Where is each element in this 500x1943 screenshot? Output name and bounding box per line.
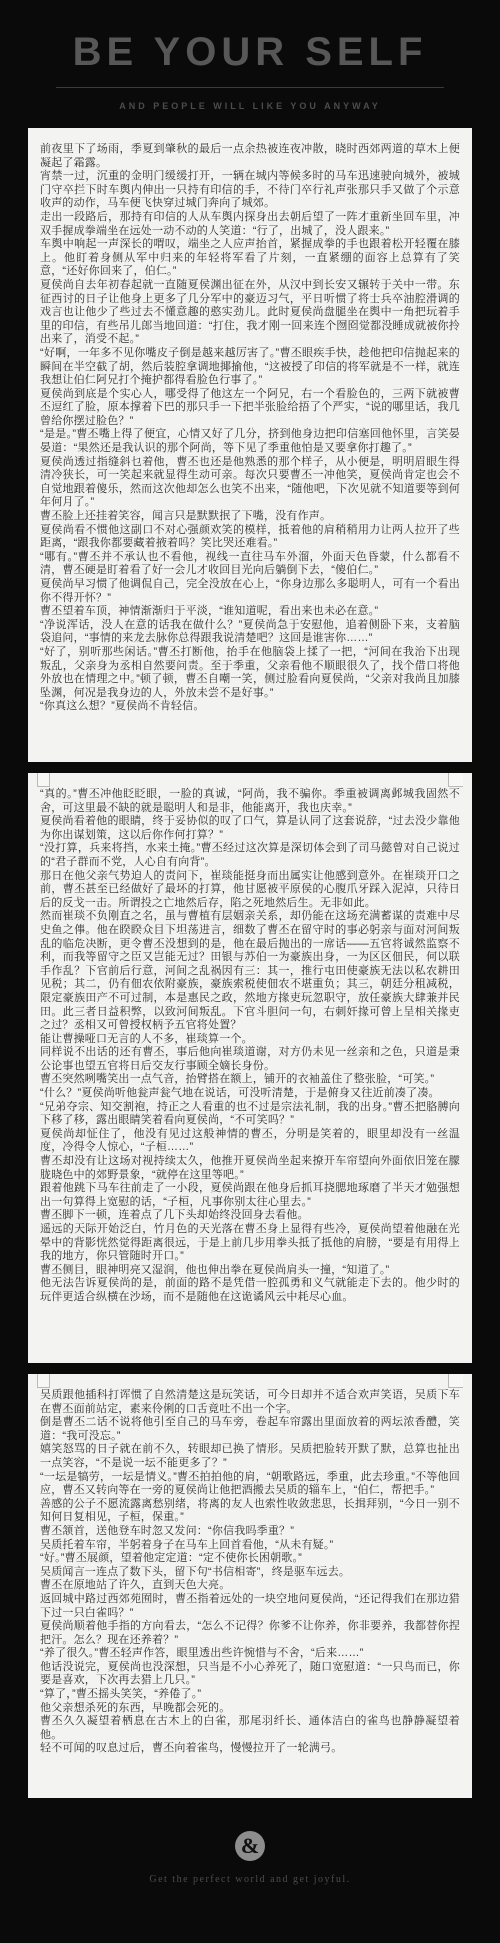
stitch-mark-corner-icon — [448, 1374, 463, 1388]
stitch-mark-corner-icon — [448, 773, 463, 787]
page-1-text: 前夜里下了场雨，季夏到肇秋的最后一点余热被连夜冲散，晓时西郊两道的草木上便凝起了… — [40, 143, 460, 714]
footer-tagline: Get the perfect world and get joyful. — [0, 1874, 500, 1885]
header-divider — [56, 87, 444, 88]
stitch-mark-square-icon — [37, 1374, 50, 1388]
header: BE YOUR SELF AND PEOPLE WILL LIKE YOU AN… — [0, 0, 500, 111]
page-title: BE YOUR SELF — [0, 26, 500, 78]
story-page-3: 吴质跟他插科打诨惯了自然清楚这是玩笑话，可今日却并不适合欢声笑语，吴质下车在曹丕… — [28, 1374, 472, 1798]
ampersand-badge-icon: & — [235, 1831, 265, 1861]
stitch-mark-square-icon — [37, 773, 50, 787]
page-2-text: “真的。”曹丕冲他眨眨眼，一脸的真诚，“阿尚，我不骗你。季重被调离邺城我固然不舍… — [40, 788, 460, 1305]
header-subtitle: AND PEOPLE WILL LIKE YOU ANYWAY — [0, 101, 500, 111]
page-3-text: 吴质跟他插科打诨惯了自然清楚这是玩笑话，可今日却并不适合欢声笑语，吴质下车在曹丕… — [40, 1389, 460, 1756]
story-pages: 前夜里下了场雨，季夏到肇秋的最后一点余热被连夜冲散，晓时西郊两道的草木上便凝起了… — [0, 128, 500, 1798]
footer: & Get the perfect world and get joyful. — [0, 1831, 500, 1885]
footer-ampersand: & — [241, 1831, 259, 1861]
story-page-2: “真的。”曹丕冲他眨眨眼，一脸的真诚，“阿尚，我不骗你。季重被调离邺城我固然不舍… — [28, 773, 472, 1363]
story-page-1: 前夜里下了场雨，季夏到肇秋的最后一点余热被连夜冲散，晓时西郊两道的草木上便凝起了… — [28, 128, 472, 762]
